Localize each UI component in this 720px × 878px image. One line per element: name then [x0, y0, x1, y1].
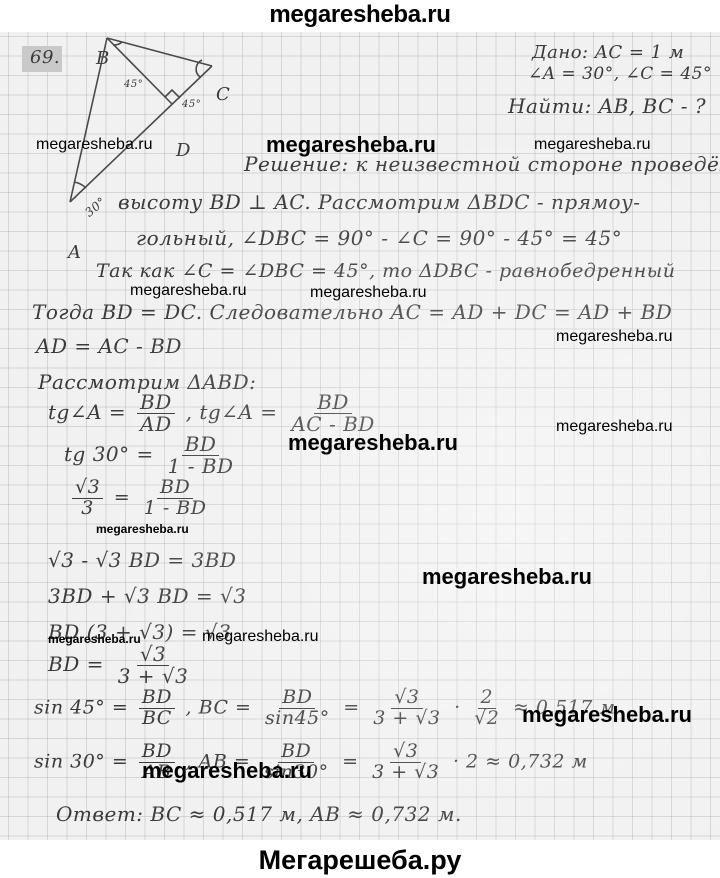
solution-line-4: Так как ∠C = ∠DBC = 45°, то ΔDBC - равно… [96, 260, 676, 282]
watermark: megaresheba.ru [48, 632, 141, 646]
solution-line-5: Тогда BD = DC. Следовательно AC = AD + D… [32, 300, 672, 324]
angle-c-label: 45° [182, 99, 201, 110]
solution-line-6: AD = AC - BD [36, 334, 182, 358]
answer-line: Ответ: BC ≈ 0,517 м, AB ≈ 0,732 м. [56, 802, 462, 826]
watermark: megaresheba.ru [556, 328, 673, 346]
watermark: megaresheba.ru [288, 430, 458, 456]
tg-a2-lhs: , tg∠A = [186, 400, 278, 424]
given-line-2: ∠A = 30°, ∠C = 45° [528, 64, 712, 84]
watermark: megaresheba.ru [534, 136, 651, 154]
equation-line-1: √3 - √3 BD = 3BD [48, 548, 236, 572]
vertex-d-label: D [176, 140, 191, 161]
tg30-lhs: tg 30° = [64, 442, 154, 466]
watermark: megaresheba.ru [422, 564, 592, 590]
tg-a-lhs: tg∠A = [48, 400, 126, 424]
site-footer-title: Мегарешеба.ру [0, 842, 720, 878]
altitude-bd [107, 38, 172, 104]
tg30-equation-row: tg 30° = BD1 - BD [64, 434, 241, 477]
fraction-sqrt3-3: √33 [72, 478, 103, 519]
sqrt3-equation-row: √33 = BD1 - BD [68, 478, 214, 519]
watermark: megaresheba.ru [96, 522, 189, 536]
watermark: megaresheba.ru [522, 702, 692, 728]
vertex-a-label: A [68, 242, 82, 263]
watermark: megaresheba.ru [36, 136, 153, 154]
vertex-b-label: B [96, 48, 110, 69]
site-header-title: megaresheba.ru [0, 0, 720, 30]
watermark: megaresheba.ru [130, 282, 247, 300]
notebook-page: 69. B C D A 45° 45° 30° Дано: AC = 1 м ∠… [0, 32, 720, 840]
angle-b-label: 45° [124, 79, 143, 90]
given-line-1: Дано: AC = 1 м [532, 42, 684, 63]
equation-line-2: 3BD + √3 BD = √3 [48, 584, 246, 608]
angle-b-arc [113, 42, 122, 45]
right-angle-mark [165, 90, 180, 98]
fraction-bd-1bd: BD1 - BD [141, 478, 210, 519]
watermark: megaresheba.ru [310, 284, 427, 302]
fraction-bd-ad: BDAD [137, 392, 175, 435]
fraction-tg30: BD1 - BD [165, 434, 237, 477]
vertex-c-label: C [216, 84, 230, 105]
watermark: megaresheba.ru [142, 758, 312, 784]
watermark: megaresheba.ru [556, 418, 673, 436]
ab-result: ≈ 0,732 м [485, 750, 588, 772]
find-line: Найти: AB, BC - ? [508, 94, 706, 118]
tg-equation-row: tg∠A = BDAD , tg∠A = BDAC - BD [48, 392, 382, 435]
solution-line-2: высоту BD ⊥ AC. Рассмотрим ΔBDC - прямоу… [118, 190, 640, 214]
watermark: megaresheba.ru [266, 132, 436, 158]
solution-line-3: гольный, ∠DBC = 90° - ∠C = 90° - 45° = 4… [136, 226, 622, 250]
fraction-bd-acbd: BDAC - BD [288, 392, 377, 435]
angle-a-arc [74, 182, 86, 188]
fraction-bd-value: √33 + √3 [115, 644, 192, 687]
bd-lhs: BD = [48, 652, 104, 676]
bd-result-row: BD = √33 + √3 [48, 644, 195, 687]
watermark: megaresheba.ru [202, 628, 319, 646]
side-bc [107, 38, 212, 66]
